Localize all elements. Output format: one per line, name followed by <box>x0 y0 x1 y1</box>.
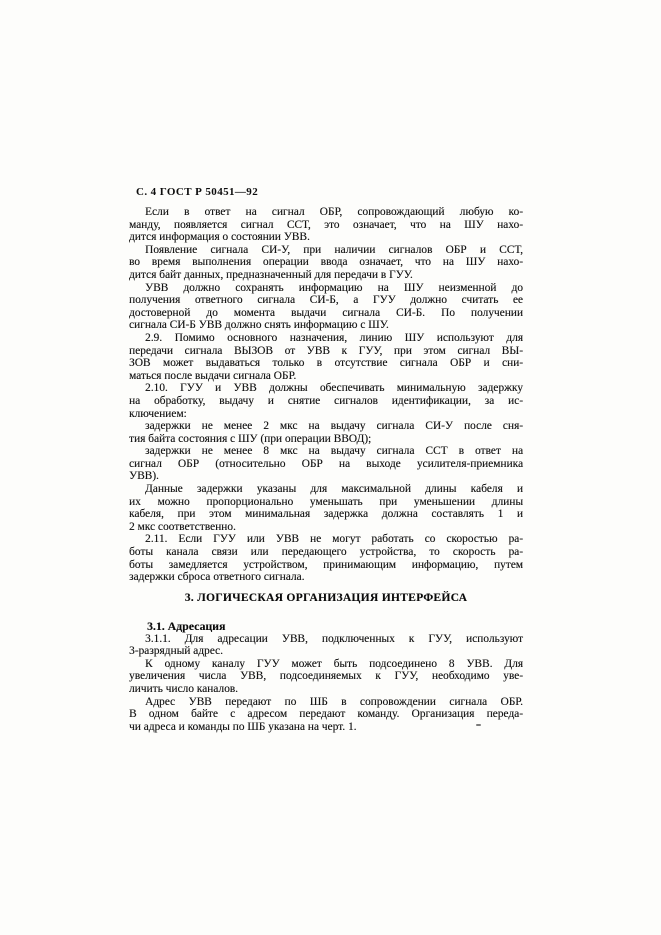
text-line: УВВ должно сохранять информацию на ШУ не… <box>129 282 523 295</box>
paragraph-2-10: 2.10. ГУУ и УВВ должны обеспечивать мини… <box>129 382 523 420</box>
paragraph: задержки не менее 2 мкс на выдачу сигнал… <box>129 420 523 445</box>
text-line: тия байта состояния с ШУ (при операции В… <box>129 433 523 446</box>
text-line: дится информация о состоянии УВВ. <box>129 231 523 244</box>
text-line: 2 мкс соответственно. <box>129 521 523 534</box>
text-line: К одному каналу ГУУ может быть подсоедин… <box>129 658 523 671</box>
text-line: задержки не менее 8 мкс на выдачу сигнал… <box>129 445 523 458</box>
paragraph: Появление сигнала СИ-У, при наличии сигн… <box>129 244 523 282</box>
text-line: сигнала СИ-Б УВВ должно снять информацию… <box>129 319 523 332</box>
text-line: 2.10. ГУУ и УВВ должны обеспечивать мини… <box>129 382 523 395</box>
text-line: задержки не менее 2 мкс на выдачу сигнал… <box>129 420 523 433</box>
text-line: получения ответного сигнала СИ-Б, а ГУУ … <box>129 294 523 307</box>
paragraph: Адрес УВВ передают по ШБ в сопровождении… <box>129 696 523 734</box>
section-heading-3: 3. ЛОГИЧЕСКАЯ ОРГАНИЗАЦИЯ ИНТЕРФЕЙСА <box>129 592 523 604</box>
paragraph: Если в ответ на сигнал ОБР, сопровождающ… <box>129 206 523 244</box>
text-line: манду, появляется сигнал ССТ, это означа… <box>129 219 523 232</box>
text-line: их можно пропорционально уменьшать при у… <box>129 496 523 509</box>
text-line: Появление сигнала СИ-У, при наличии сигн… <box>129 244 523 257</box>
text-line: Данные задержки указаны для максимальной… <box>129 483 523 496</box>
text-line: увеличения числа УВВ, подсоединяемых к Г… <box>129 670 523 683</box>
paragraph-3-1-1: 3.1.1. Для адресации УВВ, подключенных к… <box>129 633 523 658</box>
text-line: В одном байте с адресом передают команду… <box>129 708 523 721</box>
text-line: 3-разрядный адрес. <box>129 645 523 658</box>
running-header: С. 4 ГОСТ Р 50451—92 <box>136 186 258 198</box>
text-line: кабеля, при этом минимальная задержка до… <box>129 508 523 521</box>
text-line: Если в ответ на сигнал ОБР, сопровождающ… <box>129 206 523 219</box>
text-line: Адрес УВВ передают по ШБ в сопровождении… <box>129 696 523 709</box>
document-page: С. 4 ГОСТ Р 50451—92 Если в ответ на сиг… <box>0 0 661 935</box>
paragraph-2-9: 2.9. Помимо основного назначения, линию … <box>129 332 523 382</box>
text-line: достоверной до момента выдачи сигнала СИ… <box>129 307 523 320</box>
text-line: ЗОВ может выдаваться только в отсутствие… <box>129 357 523 370</box>
text-line: 2.11. Если ГУУ или УВВ не могут работать… <box>129 533 523 546</box>
paragraph: К одному каналу ГУУ может быть подсоедин… <box>129 658 523 696</box>
paragraph: Данные задержки указаны для максимальной… <box>129 483 523 533</box>
text-line: задержки сброса ответного сигнала. <box>129 571 523 584</box>
text-line: дится байт данных, предназначенный для п… <box>129 269 523 282</box>
text-line: 2.9. Помимо основного назначения, линию … <box>129 332 523 345</box>
text-line: сигнал ОБР (относительно ОБР на выходе у… <box>129 458 523 471</box>
text-line: боты канала связи или передающего устрой… <box>129 546 523 559</box>
text-line: личить число каналов. <box>129 683 523 696</box>
text-line: во время выполнения операции ввода означ… <box>129 256 523 269</box>
paragraph: УВВ должно сохранять информацию на ШУ не… <box>129 282 523 332</box>
body-text-section-3: 3.1. Адресация 3.1.1. Для адресации УВВ,… <box>129 620 523 733</box>
subsection-heading-3-1: 3.1. Адресация <box>129 620 523 633</box>
text-line: 3.1.1. Для адресации УВВ, подключенных к… <box>129 633 523 646</box>
text-line: маться после выдачи сигнала ОБР. <box>129 370 523 383</box>
text-line: на обработку, выдачу и снятие сигналов и… <box>129 395 523 408</box>
text-line: боты замедляется устройством, принимающи… <box>129 559 523 572</box>
scan-speck <box>476 724 481 726</box>
text-line: чи адреса и команды по ШБ указана на чер… <box>129 721 523 734</box>
text-line: передачи сигнала ВЫЗОВ от УВВ к ГУУ, при… <box>129 345 523 358</box>
text-line: УВВ). <box>129 470 523 483</box>
text-line: ключением: <box>129 408 523 421</box>
body-text-section-2: Если в ответ на сигнал ОБР, сопровождающ… <box>129 206 523 584</box>
paragraph: задержки не менее 8 мкс на выдачу сигнал… <box>129 445 523 483</box>
paragraph-2-11: 2.11. Если ГУУ или УВВ не могут работать… <box>129 533 523 583</box>
